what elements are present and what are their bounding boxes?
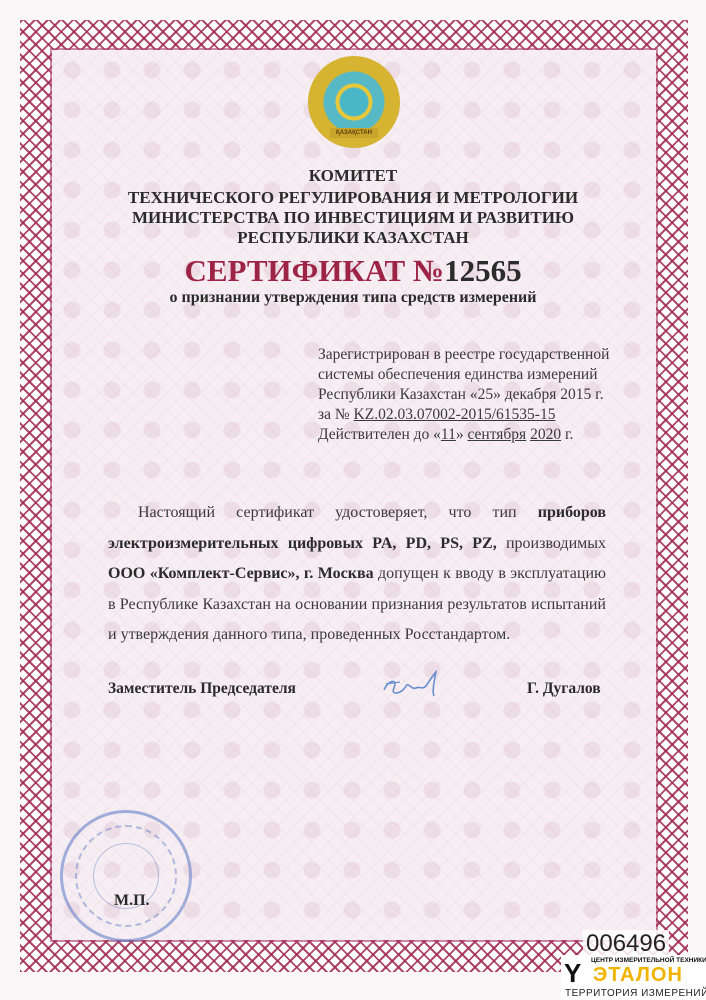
etalon-watermark-logo: Y ЦЕНТР ИЗМЕРИТЕЛЬНОЙ ТЕХНИКИ ЭТАЛОН ТЕР… [561,955,706,1000]
official-seal-icon [60,810,192,942]
seal-place-label: М.П. [114,892,150,910]
signature-icon [378,668,448,702]
committee-line-1: КОМИТЕТ [0,166,706,186]
validity-month: сентября [467,426,526,443]
validity-prefix: Действителен до « [318,426,441,443]
certificate-number: 12565 [444,253,522,288]
logo-brand: ЭТАЛОН [593,964,683,987]
committee-line-4: РЕСПУБЛИКИ КАЗАХСТАН [0,228,706,248]
certificate-title-label: СЕРТИФИКАТ № [184,253,444,288]
logo-tagline: ЦЕНТР ИЗМЕРИТЕЛЬНОЙ ТЕХНИКИ [591,957,706,964]
registration-block: Зарегистрирован в реестре государственно… [318,345,609,445]
certificate-title: СЕРТИФИКАТ №12565 [0,253,706,289]
committee-line-2: ТЕХНИЧЕСКОГО РЕГУЛИРОВАНИЯ И МЕТРОЛОГИИ [0,188,706,208]
registration-line: Зарегистрирован в реестре государственно… [318,345,609,365]
registration-number-prefix: за № [318,406,354,423]
signatory-name: Г. Дугалов [527,680,601,698]
certificate-body: Настоящий сертификат удостоверяет, что т… [108,498,606,651]
registration-line: системы обеспечения единства измерений [318,365,609,385]
committee-line-3: МИНИСТЕРСТВА ПО ИНВЕСТИЦИЯМ И РАЗВИТИЮ [0,208,706,228]
registration-number-line: за № KZ.02.03.07002-2015/61535-15 [318,405,609,425]
body-text-2: производимых [497,535,606,552]
validity-sep: » [456,426,468,443]
kazakhstan-emblem-icon: ҚАЗАҚСТАН [308,56,400,148]
manufacturer: ООО «Комплект-Сервис», г. Москва [108,565,374,582]
registration-line: Республики Казахстан «25» декабря 2015 г… [318,385,609,405]
etalon-logo-icon: Y [564,958,581,989]
validity-year: 2020 [530,426,561,443]
body-text-1: Настоящий сертификат удостоверяет, что т… [138,504,538,521]
registration-number: KZ.02.03.07002-2015/61535-15 [354,406,556,423]
signatory-role: Заместитель Председателя [108,680,296,698]
emblem-band: ҚАЗАҚСТАН [330,128,378,138]
validity-suffix: г. [561,426,573,443]
validity-line: Действителен до «11» сентября 2020 г. [318,425,609,445]
serial-number: 006496 [583,930,669,958]
certificate-subtitle: о признании утверждения типа средств изм… [0,289,706,307]
validity-day: 11 [441,426,456,443]
logo-slogan: ТЕРРИТОРИЯ ИЗМЕРЕНИЙ [565,988,706,999]
